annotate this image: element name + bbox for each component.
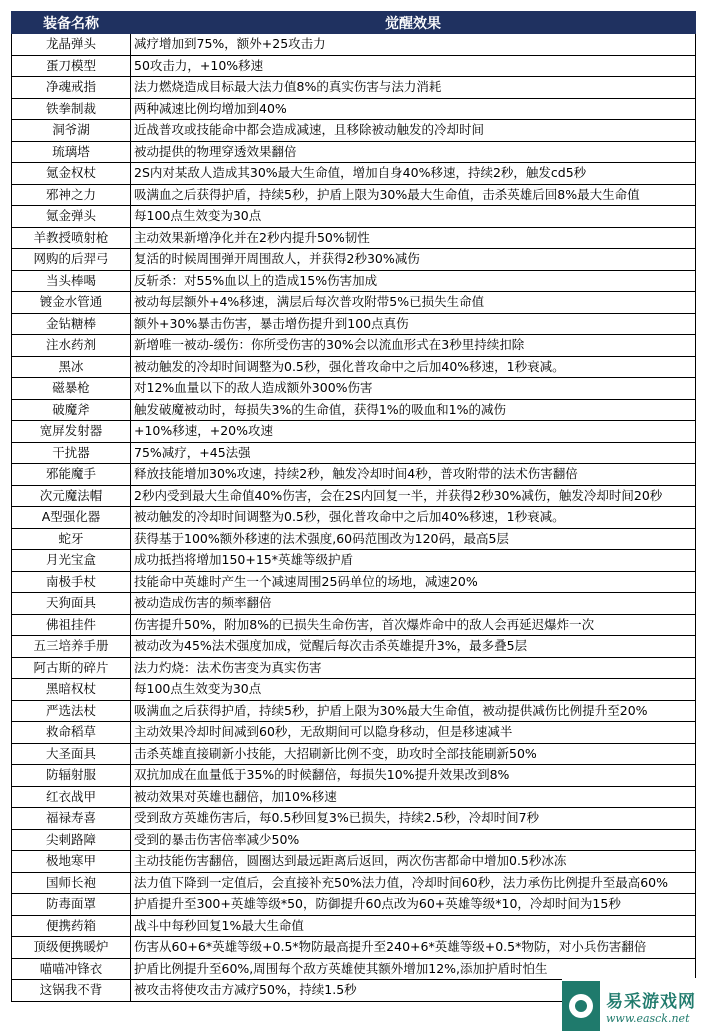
equipment-name-cell: 红衣战甲 xyxy=(12,786,131,808)
equipment-name-cell: 干扰器 xyxy=(12,442,131,464)
awakening-effect-cell: 对12%血量以下的敌人造成额外300%伤害 xyxy=(131,378,696,400)
awakening-effect-cell: 每100点生效变为30点 xyxy=(131,206,696,228)
equipment-name-cell: 南极手杖 xyxy=(12,571,131,593)
awakening-effect-cell: 成功抵挡将增加150+15*英雄等级护盾 xyxy=(131,550,696,572)
awakening-effect-cell: 被动造成伤害的频率翻倍 xyxy=(131,593,696,615)
table-row: 便携药箱战斗中每秒回复1%最大生命值 xyxy=(12,915,696,937)
table-row: A型强化器被动触发的冷却时间调整为0.5秒，强化普攻命中之后加40%移速，1秒衰… xyxy=(12,507,696,529)
table-row: 顶级便携暖炉伤害从60+6*英雄等级+0.5*物防最高提升至240+6*英雄等级… xyxy=(12,937,696,959)
table-row: 洞爷湖近战普攻或技能命中都会造成减速，且移除被动触发的冷却时间 xyxy=(12,120,696,142)
equipment-awakening-table: 装备名称 觉醒效果 龙晶弹头减疗增加到75%，额外+25攻击力蛋刀模型50攻击力… xyxy=(11,11,696,1002)
table-row: 净魂戒指法力燃烧造成目标最大法力值8%的真实伤害与法力消耗 xyxy=(12,77,696,99)
awakening-effect-cell: 技能命中英雄时产生一个减速周围25码单位的场地，减速20% xyxy=(131,571,696,593)
table-row: 黑冰被动触发的冷却时间调整为0.5秒，强化普攻命中之后加40%移速，1秒衰减。 xyxy=(12,356,696,378)
awakening-effect-cell: 被动提供的物理穿透效果翻倍 xyxy=(131,141,696,163)
equipment-name-cell: 极地寒甲 xyxy=(12,851,131,873)
awakening-effect-cell: 受到的暴击伤害倍率减少50% xyxy=(131,829,696,851)
equipment-name-cell: 福禄寿喜 xyxy=(12,808,131,830)
awakening-effect-cell: 被动触发的冷却时间调整为0.5秒，强化普攻命中之后加40%移速，1秒衰减。 xyxy=(131,507,696,529)
equipment-name-cell: 防毒面罩 xyxy=(12,894,131,916)
watermark-url: www.easck.net xyxy=(606,1012,696,1025)
equipment-name-cell: 邪神之力 xyxy=(12,184,131,206)
table-row: 次元魔法帽2秒内受到最大生命值40%伤害，会在2S内回复一半，并获得2秒30%减… xyxy=(12,485,696,507)
awakening-effect-cell: 战斗中每秒回复1%最大生命值 xyxy=(131,915,696,937)
table-row: 氪金弹头每100点生效变为30点 xyxy=(12,206,696,228)
equipment-name-cell: 阿古斯的碎片 xyxy=(12,657,131,679)
awakening-effect-cell: 获得基于100%额外移速的法术强度,60码范围改为120码，最高5层 xyxy=(131,528,696,550)
table-row: 蛋刀模型50攻击力，+10%移速 xyxy=(12,55,696,77)
equipment-name-cell: 羊教授喷射枪 xyxy=(12,227,131,249)
equipment-name-cell: 国师长袍 xyxy=(12,872,131,894)
equipment-awakening-table-container: 装备名称 觉醒效果 龙晶弹头减疗增加到75%，额外+25攻击力蛋刀模型50攻击力… xyxy=(11,11,695,1002)
table-row: 磁暴枪对12%血量以下的敌人造成额外300%伤害 xyxy=(12,378,696,400)
equipment-name-cell: 次元魔法帽 xyxy=(12,485,131,507)
table-row: 当头棒喝反斩杀：对55%血以上的造成15%伤害加成 xyxy=(12,270,696,292)
equipment-name-cell: 龙晶弹头 xyxy=(12,34,131,56)
awakening-effect-cell: 两种减速比例均增加到40% xyxy=(131,98,696,120)
equipment-name-cell: 黑冰 xyxy=(12,356,131,378)
awakening-effect-cell: 减疗增加到75%，额外+25攻击力 xyxy=(131,34,696,56)
equipment-name-cell: 铁拳制裁 xyxy=(12,98,131,120)
table-row: 镀金水管通被动每层额外+4%移速，满层后每次普攻附带5%已损失生命值 xyxy=(12,292,696,314)
equipment-name-cell: 月光宝盒 xyxy=(12,550,131,572)
table-row: 红衣战甲被动效果对英雄也翻倍，加10%移速 xyxy=(12,786,696,808)
awakening-effect-cell: 法力值下降到一定值后，会直接补充50%法力值，冷却时间60秒，法力承伤比例提升至… xyxy=(131,872,696,894)
table-row: 氪金权杖2S内对某敌人造成其30%最大生命值，增加自身40%移速，持续2秒，触发… xyxy=(12,163,696,185)
table-row: 五三培养手册被动改为45%法术强度加成，觉醒后每次击杀英雄提升3%，最多叠5层 xyxy=(12,636,696,658)
equipment-name-cell: 琉璃塔 xyxy=(12,141,131,163)
equipment-name-cell: 救命稻草 xyxy=(12,722,131,744)
awakening-effect-cell: 释放技能增加30%攻速，持续2秒，触发冷却时间4秒，普攻附带的法术伤害翻倍 xyxy=(131,464,696,486)
awakening-effect-cell: 2秒内受到最大生命值40%伤害，会在2S内回复一半，并获得2秒30%减伤，触发冷… xyxy=(131,485,696,507)
table-row: 破魔斧触发破魔被动时，每损失3%的生命值，获得1%的吸血和1%的减伤 xyxy=(12,399,696,421)
awakening-effect-cell: 2S内对某敌人造成其30%最大生命值，增加自身40%移速，持续2秒，触发cd5秒 xyxy=(131,163,696,185)
equipment-name-cell: 这锅我不背 xyxy=(12,980,131,1002)
awakening-effect-cell: 主动效果新增净化并在2秒内提升50%韧性 xyxy=(131,227,696,249)
equipment-name-cell: 洞爷湖 xyxy=(12,120,131,142)
awakening-effect-cell: 触发破魔被动时，每损失3%的生命值，获得1%的吸血和1%的减伤 xyxy=(131,399,696,421)
equipment-name-cell: 五三培养手册 xyxy=(12,636,131,658)
awakening-effect-cell: 法力灼烧：法术伤害变为真实伤害 xyxy=(131,657,696,679)
equipment-name-cell: 蛇牙 xyxy=(12,528,131,550)
awakening-effect-cell: 每100点生效变为30点 xyxy=(131,679,696,701)
awakening-effect-cell: 法力燃烧造成目标最大法力值8%的真实伤害与法力消耗 xyxy=(131,77,696,99)
awakening-effect-cell: 被动触发的冷却时间调整为0.5秒，强化普攻命中之后加40%移速，1秒衰减。 xyxy=(131,356,696,378)
awakening-effect-cell: 被动效果对英雄也翻倍，加10%移速 xyxy=(131,786,696,808)
table-row: 国师长袍法力值下降到一定值后，会直接补充50%法力值，冷却时间60秒，法力承伤比… xyxy=(12,872,696,894)
table-row: 羊教授喷射枪主动效果新增净化并在2秒内提升50%韧性 xyxy=(12,227,696,249)
table-row: 阿古斯的碎片法力灼烧：法术伤害变为真实伤害 xyxy=(12,657,696,679)
table-row: 铁拳制裁两种减速比例均增加到40% xyxy=(12,98,696,120)
awakening-effect-cell: 主动效果冷却时间减到60秒，无敌期间可以隐身移动，但是移速减半 xyxy=(131,722,696,744)
table-row: 宽屏发射器+10%移速，+20%攻速 xyxy=(12,421,696,443)
awakening-effect-cell: 新增唯一被动-缓伤：你所受伤害的30%会以流血形式在3秒里持续扣除 xyxy=(131,335,696,357)
awakening-effect-cell: 受到敌方英雄伤害后，每0.5秒回复3%已损失，持续2.5秒，冷却时间7秒 xyxy=(131,808,696,830)
awakening-effect-cell: 50攻击力，+10%移速 xyxy=(131,55,696,77)
header-equipment-name: 装备名称 xyxy=(12,12,131,34)
equipment-name-cell: 便携药箱 xyxy=(12,915,131,937)
easck-logo-icon xyxy=(562,981,600,1031)
equipment-name-cell: 氪金权杖 xyxy=(12,163,131,185)
table-row: 金钻糖棒额外+30%暴击伤害，暴击增伤提升到100点真伤 xyxy=(12,313,696,335)
equipment-name-cell: 破魔斧 xyxy=(12,399,131,421)
awakening-effect-cell: 护盾比例提升至60%,周围每个敌方英雄使其额外增加12%,添加护盾时怕生 xyxy=(131,958,696,980)
awakening-effect-cell: 额外+30%暴击伤害，暴击增伤提升到100点真伤 xyxy=(131,313,696,335)
table-row: 极地寒甲主动技能伤害翻倍，圆圈达到最远距离后返回，两次伤害都命中增加0.5秒冰冻 xyxy=(12,851,696,873)
table-row: 天狗面具被动造成伤害的频率翻倍 xyxy=(12,593,696,615)
awakening-effect-cell: 被动改为45%法术强度加成，觉醒后每次击杀英雄提升3%，最多叠5层 xyxy=(131,636,696,658)
table-row: 蛇牙获得基于100%额外移速的法术强度,60码范围改为120码，最高5层 xyxy=(12,528,696,550)
equipment-name-cell: 氪金弹头 xyxy=(12,206,131,228)
equipment-name-cell: 喵喵冲锋衣 xyxy=(12,958,131,980)
equipment-name-cell: 邪能魔手 xyxy=(12,464,131,486)
table-row: 龙晶弹头减疗增加到75%，额外+25攻击力 xyxy=(12,34,696,56)
awakening-effect-cell: 双抗加成在血量低于35%的时候翻倍，每损失10%提升效果改到8% xyxy=(131,765,696,787)
equipment-name-cell: 宽屏发射器 xyxy=(12,421,131,443)
watermark-title: 易采游戏网 xyxy=(606,987,696,1012)
equipment-name-cell: 蛋刀模型 xyxy=(12,55,131,77)
table-row: 佛祖挂件伤害提升50%，附加8%的已损失生命伤害，首次爆炸命中的敌人会再延迟爆炸… xyxy=(12,614,696,636)
table-row: 救命稻草主动效果冷却时间减到60秒，无敌期间可以隐身移动，但是移速减半 xyxy=(12,722,696,744)
table-row: 南极手杖技能命中英雄时产生一个减速周围25码单位的场地，减速20% xyxy=(12,571,696,593)
awakening-effect-cell: 吸满血之后获得护盾，持续5秒，护盾上限为30%最大生命值，击杀英雄后回8%最大生… xyxy=(131,184,696,206)
table-row: 邪神之力吸满血之后获得护盾，持续5秒，护盾上限为30%最大生命值，击杀英雄后回8… xyxy=(12,184,696,206)
header-awakening-effect: 觉醒效果 xyxy=(131,12,696,34)
awakening-effect-cell: 伤害提升50%，附加8%的已损失生命伤害，首次爆炸命中的敌人会再延迟爆炸一次 xyxy=(131,614,696,636)
awakening-effect-cell: 复活的时候周围弹开周围敌人，并获得2秒30%减伤 xyxy=(131,249,696,271)
awakening-effect-cell: 伤害从60+6*英雄等级+0.5*物防最高提升至240+6*英雄等级+0.5*物… xyxy=(131,937,696,959)
equipment-name-cell: 佛祖挂件 xyxy=(12,614,131,636)
awakening-effect-cell: 被动每层额外+4%移速，满层后每次普攻附带5%已损失生命值 xyxy=(131,292,696,314)
table-row: 琉璃塔被动提供的物理穿透效果翻倍 xyxy=(12,141,696,163)
table-body: 龙晶弹头减疗增加到75%，额外+25攻击力蛋刀模型50攻击力，+10%移速净魂戒… xyxy=(12,34,696,1002)
awakening-effect-cell: +10%移速，+20%攻速 xyxy=(131,421,696,443)
awakening-effect-cell: 吸满血之后获得护盾，持续5秒，护盾上限为30%最大生命值，被动提供减伤比例提升至… xyxy=(131,700,696,722)
equipment-name-cell: 注水药剂 xyxy=(12,335,131,357)
watermark: 易采游戏网 www.easck.net xyxy=(562,978,707,1034)
table-row: 尖刺路障受到的暴击伤害倍率减少50% xyxy=(12,829,696,851)
awakening-effect-cell: 近战普攻或技能命中都会造成减速，且移除被动触发的冷却时间 xyxy=(131,120,696,142)
table-row: 邪能魔手释放技能增加30%攻速，持续2秒，触发冷却时间4秒，普攻附带的法术伤害翻… xyxy=(12,464,696,486)
equipment-name-cell: 顶级便携暖炉 xyxy=(12,937,131,959)
table-row: 月光宝盒成功抵挡将增加150+15*英雄等级护盾 xyxy=(12,550,696,572)
table-row: 注水药剂新增唯一被动-缓伤：你所受伤害的30%会以流血形式在3秒里持续扣除 xyxy=(12,335,696,357)
equipment-name-cell: 镀金水管通 xyxy=(12,292,131,314)
equipment-name-cell: 磁暴枪 xyxy=(12,378,131,400)
equipment-name-cell: 黑暗权杖 xyxy=(12,679,131,701)
table-row: 干扰器75%减疗，+45法强 xyxy=(12,442,696,464)
equipment-name-cell: 大圣面具 xyxy=(12,743,131,765)
equipment-name-cell: 当头棒喝 xyxy=(12,270,131,292)
awakening-effect-cell: 反斩杀：对55%血以上的造成15%伤害加成 xyxy=(131,270,696,292)
awakening-effect-cell: 击杀英雄直接刷新小技能，大招刷新比例不变，助攻时全部技能刷新50% xyxy=(131,743,696,765)
equipment-name-cell: 天狗面具 xyxy=(12,593,131,615)
table-row: 网购的后羿弓复活的时候周围弹开周围敌人，并获得2秒30%减伤 xyxy=(12,249,696,271)
equipment-name-cell: 金钻糖棒 xyxy=(12,313,131,335)
equipment-name-cell: 净魂戒指 xyxy=(12,77,131,99)
equipment-name-cell: 严选法杖 xyxy=(12,700,131,722)
equipment-name-cell: 网购的后羿弓 xyxy=(12,249,131,271)
equipment-name-cell: 防辐射服 xyxy=(12,765,131,787)
table-row: 福禄寿喜受到敌方英雄伤害后，每0.5秒回复3%已损失，持续2.5秒，冷却时间7秒 xyxy=(12,808,696,830)
awakening-effect-cell: 75%减疗，+45法强 xyxy=(131,442,696,464)
awakening-effect-cell: 主动技能伤害翻倍，圆圈达到最远距离后返回，两次伤害都命中增加0.5秒冰冻 xyxy=(131,851,696,873)
equipment-name-cell: A型强化器 xyxy=(12,507,131,529)
equipment-name-cell: 尖刺路障 xyxy=(12,829,131,851)
table-row: 喵喵冲锋衣护盾比例提升至60%,周围每个敌方英雄使其额外增加12%,添加护盾时怕… xyxy=(12,958,696,980)
table-row: 黑暗权杖每100点生效变为30点 xyxy=(12,679,696,701)
table-row: 严选法杖吸满血之后获得护盾，持续5秒，护盾上限为30%最大生命值，被动提供减伤比… xyxy=(12,700,696,722)
table-row: 防毒面罩护盾提升至300+英雄等级*50，防御提升60点改为60+英雄等级*10… xyxy=(12,894,696,916)
awakening-effect-cell: 护盾提升至300+英雄等级*50，防御提升60点改为60+英雄等级*10，冷却时… xyxy=(131,894,696,916)
table-row: 大圣面具击杀英雄直接刷新小技能，大招刷新比例不变，助攻时全部技能刷新50% xyxy=(12,743,696,765)
table-header-row: 装备名称 觉醒效果 xyxy=(12,12,696,34)
table-row: 防辐射服双抗加成在血量低于35%的时候翻倍，每损失10%提升效果改到8% xyxy=(12,765,696,787)
